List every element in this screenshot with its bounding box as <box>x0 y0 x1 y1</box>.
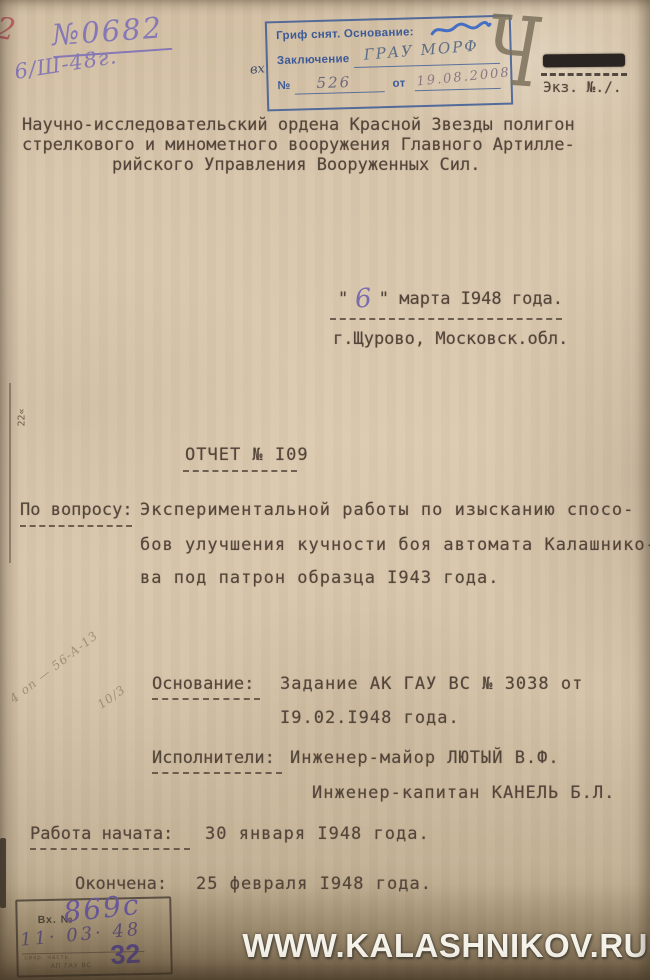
page-fold-line <box>9 383 11 563</box>
incoming-prefix-note: вх <box>249 61 265 77</box>
scan-edge-mark <box>0 838 6 908</box>
subject-label: По вопросу: <box>20 501 133 520</box>
place-line: г.Щурово, Московск.обл. <box>333 330 568 349</box>
stamp-underline <box>354 63 500 68</box>
dashed-underline <box>152 772 282 774</box>
start-label: Работа начата: <box>30 825 173 844</box>
redaction-dash-line <box>541 73 627 76</box>
quote-open: " <box>338 289 348 309</box>
stamp-date-label: от <box>392 78 405 90</box>
executor-1: Инженер-майор ЛЮТЫЙ В.Ф. <box>290 749 560 768</box>
start-value: 30 января I948 года. <box>205 825 430 844</box>
pencil-note: 10/3 <box>95 682 128 711</box>
corner-mark: 2 <box>0 11 18 49</box>
stamp-number-value: 526 <box>316 73 351 92</box>
redaction-bar <box>543 54 625 68</box>
copy-number: Экз. №./. <box>543 79 622 98</box>
dashed-underline <box>20 525 132 527</box>
document-page: 2 №0682 6/Ш-48г. Гриф снят. Основание: З… <box>0 0 650 980</box>
incoming-stamp: Вх. № 869с 11· 03· 48 секр. часть АП ГАУ… <box>15 896 173 977</box>
handwritten-day: 6 <box>354 288 372 309</box>
subject-line3: ва под патрон образца I943 года. <box>140 569 500 588</box>
subject-line1: Экспериментальной работы по изысканию сп… <box>140 501 634 520</box>
letterhead-line1: Научно-исследовательский ордена Красной … <box>22 116 575 135</box>
stamp-number-label: № <box>277 80 290 92</box>
executors-label: Исполнители: <box>152 749 275 768</box>
end-value: 25 февраля I948 года. <box>196 875 432 894</box>
sheet-number: 32 <box>110 939 142 972</box>
basis-line1: Задание АК ГАУ ВС № 3038 от <box>280 675 583 694</box>
dashed-underline <box>330 318 562 320</box>
stamp-conclusion-label: Заключение <box>277 53 350 67</box>
date-rest: " марта I948 года. <box>379 289 563 309</box>
stamp-small-line2: АП ГАУ ВС <box>51 962 93 970</box>
stamp-title: Гриф снят. Основание: <box>276 26 414 42</box>
pencil-archive-note: 4 оп — 56-А-13 <box>7 628 101 705</box>
dashed-underline <box>183 470 297 472</box>
handwritten-check-mark: Ч <box>484 0 542 110</box>
subject-line2: бов улучшения кучности боя автомата Кала… <box>140 536 650 555</box>
stamp-conclusion-value: ГРАУ МОРФ <box>363 37 479 64</box>
date-line: " 6 " марта I948 года. <box>338 289 563 309</box>
report-title: ОТЧЕТ № I09 <box>185 446 309 465</box>
dashed-underline <box>30 848 190 850</box>
edge-note: 22« <box>17 408 28 426</box>
basis-label: Основание: <box>152 675 254 694</box>
letterhead-line3: рийского Управления Вооруженных Сил. <box>112 156 480 175</box>
site-watermark: WWW.KALASHNIKOV.RU <box>242 927 648 965</box>
stamp-underline <box>295 91 385 95</box>
basis-line2: I9.02.I948 года. <box>280 709 460 728</box>
letterhead-line2: стрелкового и минометного вооружения Гла… <box>22 136 575 155</box>
dashed-underline <box>152 698 260 700</box>
executor-2: Инженер-капитан КАНЕЛЬ Б.Л. <box>312 784 615 803</box>
declassification-stamp: Гриф снят. Основание: Заключение ГРАУ МО… <box>265 15 513 112</box>
stamp-small-line1: секр. часть <box>24 954 69 962</box>
